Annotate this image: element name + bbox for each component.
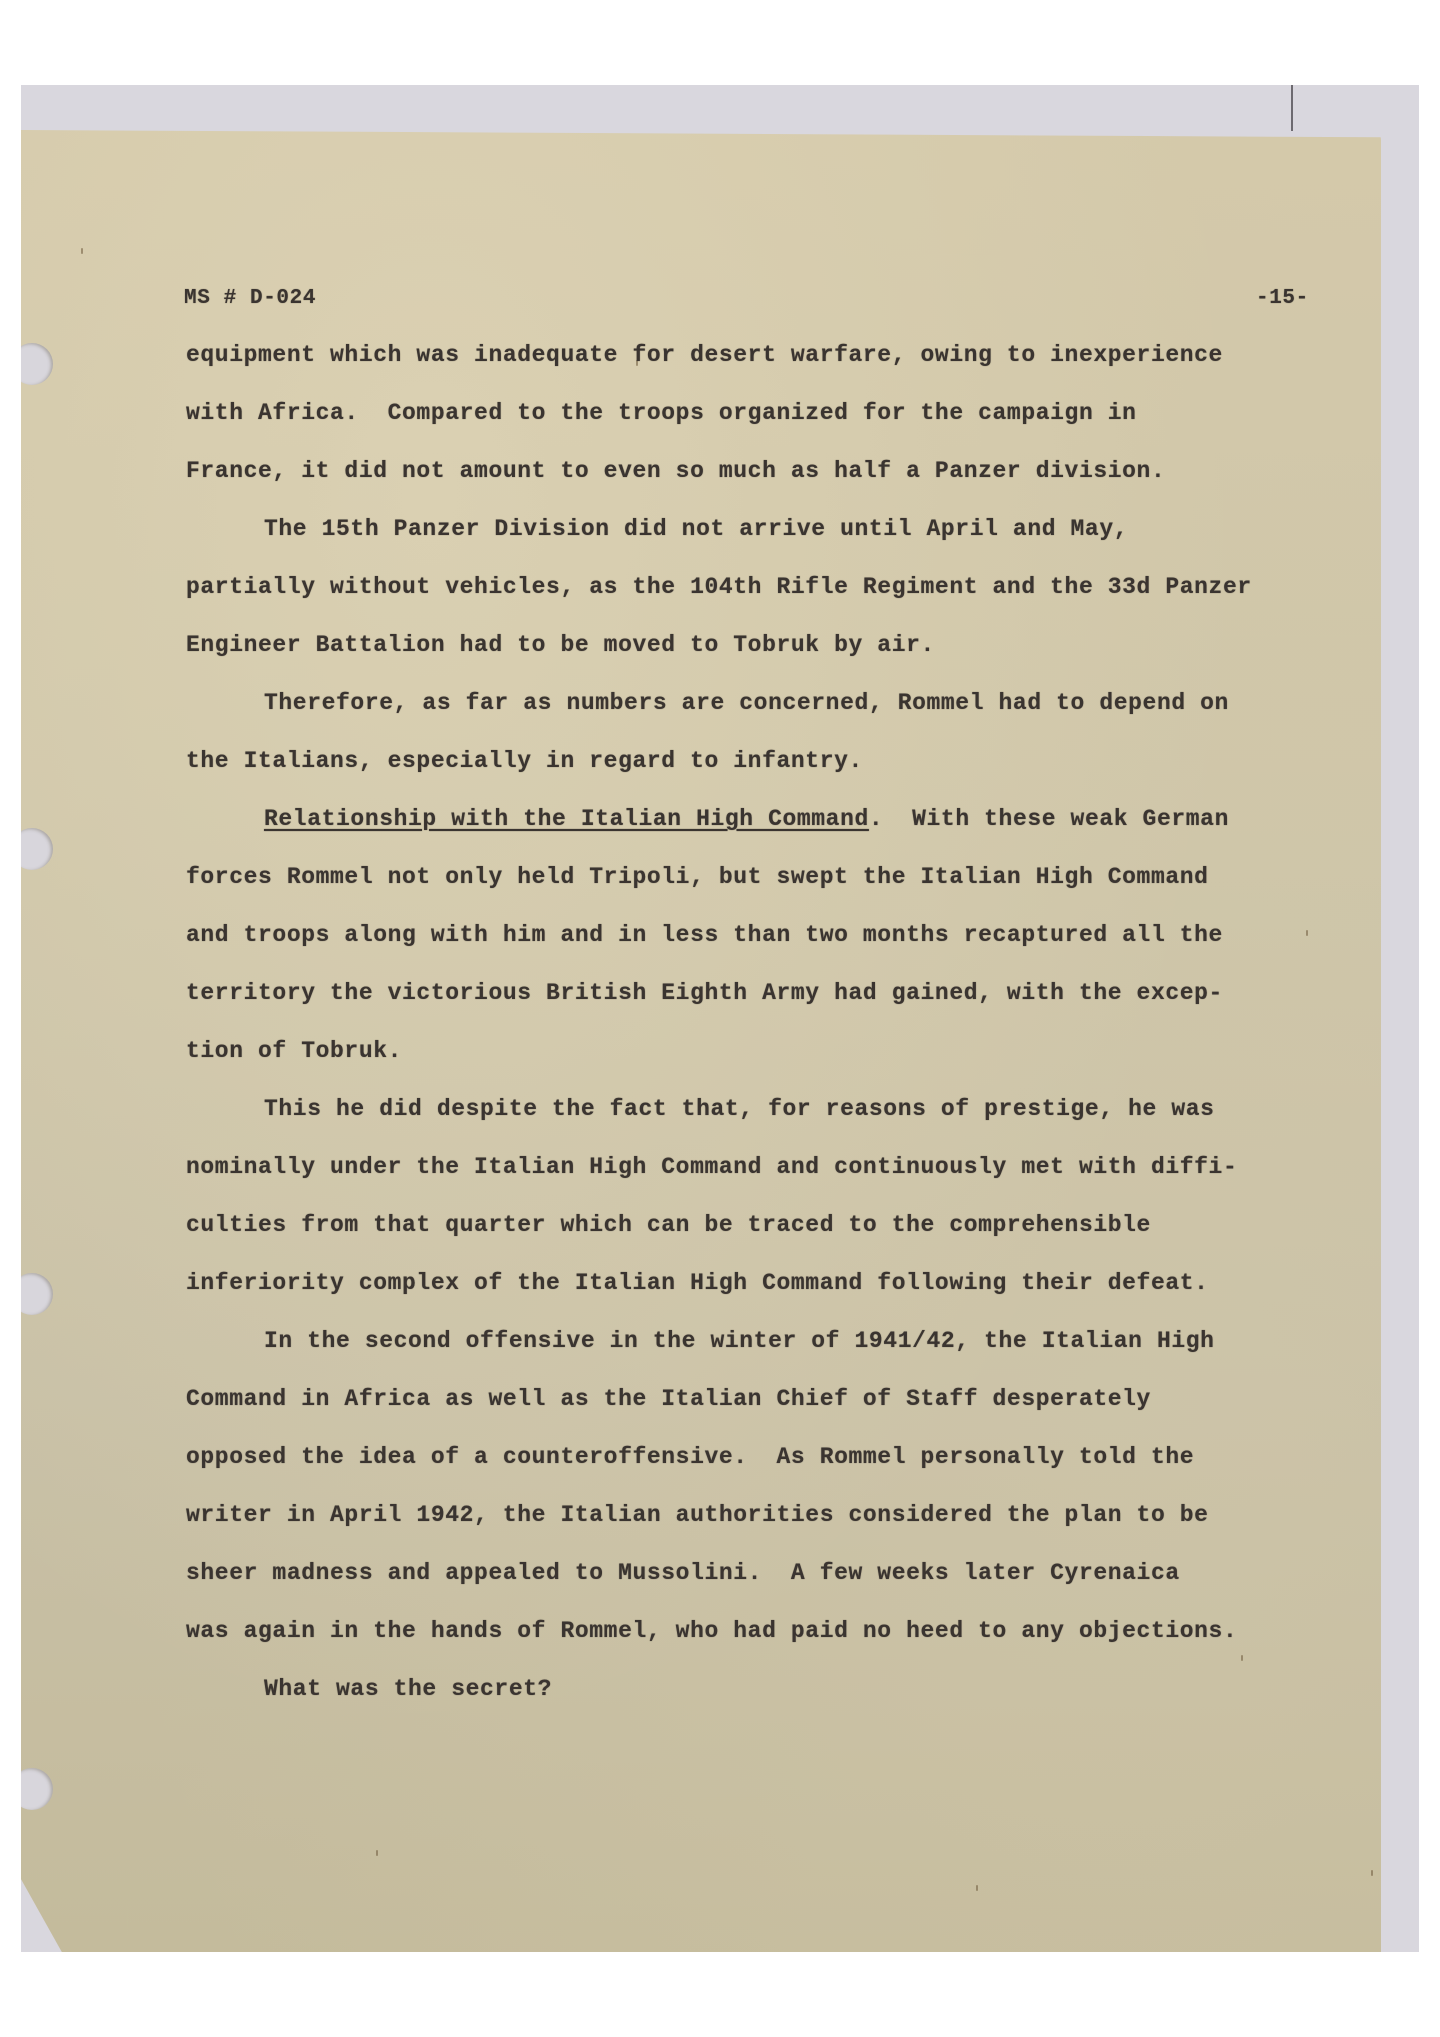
paper-speck <box>81 248 83 254</box>
paper-speck <box>1371 1870 1373 1876</box>
text-line: culties from that quarter which can be t… <box>186 1212 1151 1238</box>
text-line: What was the secret? <box>264 1676 552 1702</box>
text-line: the Italians, especially in regard to in… <box>186 748 863 774</box>
paper-speck <box>376 1850 378 1856</box>
punch-hole-2 <box>21 828 53 870</box>
text-line: The 15th Panzer Division did not arrive … <box>264 516 1128 542</box>
text-line: nominally under the Italian High Command… <box>186 1154 1237 1180</box>
text-line: inferiority complex of the Italian High … <box>186 1270 1209 1296</box>
page-number: -15- <box>1256 287 1309 310</box>
text-line: Command in Africa as well as the Italian… <box>186 1386 1151 1412</box>
section-heading-line: Relationship with the Italian High Comma… <box>264 806 1229 832</box>
document-photo: MS # D-024 -15- equipment which was inad… <box>21 85 1419 1952</box>
paper-speck <box>976 1885 978 1891</box>
text-line: with Africa. Compared to the troops orga… <box>186 400 1137 426</box>
section-heading: Relationship with the Italian High Comma… <box>264 806 869 832</box>
manuscript-id: MS # D-024 <box>184 287 316 310</box>
paper-speck <box>1241 1655 1243 1661</box>
text-line: In the second offensive in the winter of… <box>264 1328 1215 1354</box>
text-line: Therefore, as far as numbers are concern… <box>264 690 1229 716</box>
text-line: and troops along with him and in less th… <box>186 922 1223 948</box>
text-line: opposed the idea of a counteroffensive. … <box>186 1444 1194 1470</box>
text-line: territory the victorious British Eighth … <box>186 980 1223 1006</box>
punch-hole-1 <box>21 343 53 385</box>
text-line: equipment which was inadequate for deser… <box>186 342 1223 368</box>
punch-hole-3 <box>21 1273 53 1315</box>
section-heading-period: . <box>869 806 883 832</box>
text-line: tion of Tobruk. <box>186 1038 402 1064</box>
text-line: With these weak German <box>912 806 1229 832</box>
text-line: forces Rommel not only held Tripoli, but… <box>186 864 1209 890</box>
text-line: writer in April 1942, the Italian author… <box>186 1502 1209 1528</box>
text-line: This he did despite the fact that, for r… <box>264 1096 1215 1122</box>
text-line: Engineer Battalion had to be moved to To… <box>186 632 935 658</box>
text-line: sheer madness and appealed to Mussolini.… <box>186 1560 1180 1586</box>
text-line: France, it did not amount to even so muc… <box>186 458 1165 484</box>
paper-speck <box>1306 930 1308 936</box>
typewritten-page: MS # D-024 -15- equipment which was inad… <box>21 130 1381 1952</box>
backdrop-seam <box>1291 85 1293 131</box>
text-line: was again in the hands of Rommel, who ha… <box>186 1618 1237 1644</box>
punch-hole-4 <box>21 1768 53 1810</box>
text-line: partially without vehicles, as the 104th… <box>186 574 1252 600</box>
